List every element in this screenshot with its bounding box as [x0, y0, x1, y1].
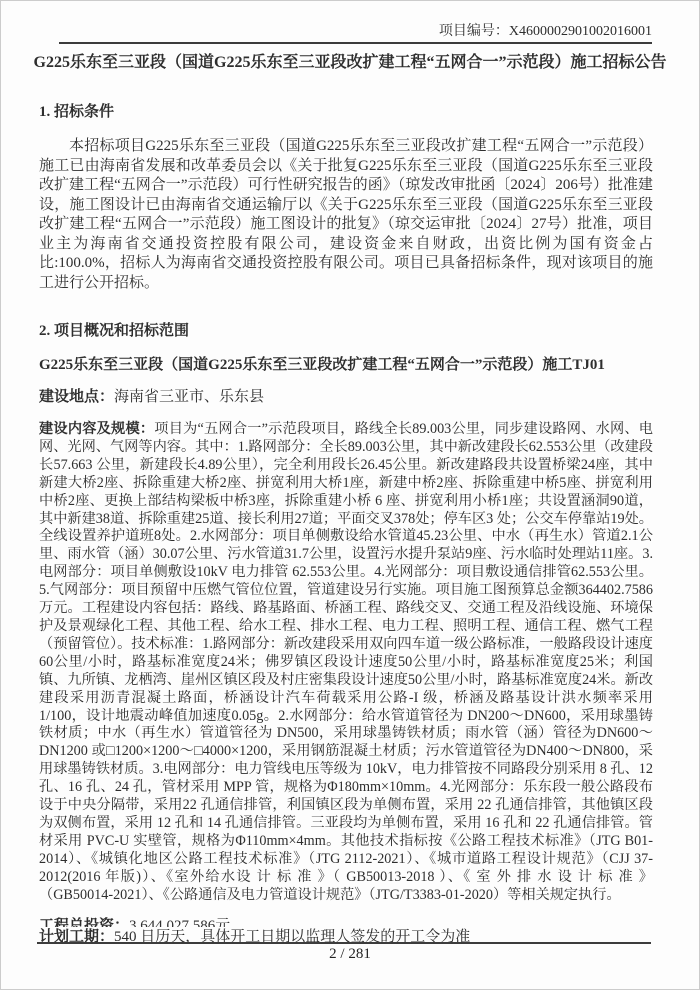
scope-paragraph: 建设内容及规模：项目为“五网合一”示范段项目，路线全长89.003公里，同步建设…: [39, 421, 653, 904]
footer-divider: [37, 942, 651, 944]
location-label: 建设地点：: [39, 389, 114, 405]
project-contract-subtitle: G225乐东至三亚段（国道G225乐东至三亚段改扩建工程“五网合一”示范段）施工…: [39, 355, 653, 375]
schedule-value: 540 日历天，具体开工日期以监理人签发的开工令为准: [114, 929, 470, 942]
schedule-line-clipped: 计划工期：540 日历天，具体开工日期以监理人签发的开工令为准: [39, 927, 653, 942]
section-1-heading: 1. 招标条件: [39, 102, 653, 122]
section-2-heading: 2. 项目概况和招标范围: [39, 321, 653, 341]
scope-label: 建设内容及规模：: [39, 421, 154, 437]
schedule-label: 计划工期：: [39, 929, 114, 942]
investment-value: 3,644,027,586元: [129, 918, 230, 927]
page-number: 2 / 281: [1, 945, 699, 964]
location-value: 海南省三亚市、乐东县: [114, 389, 264, 405]
project-number-label: 项目编号：: [439, 24, 509, 39]
page-content: 项目编号：X4600002901002016001 G225乐东至三亚段（国道G…: [1, 1, 699, 927]
project-number-value: X4600002901002016001: [509, 24, 652, 39]
document-page: 项目编号：X4600002901002016001 G225乐东至三亚段（国道G…: [0, 0, 700, 990]
scope-value: 项目为“五网合一”示范段项目，路线全长89.003公里，同步建设路网、水网、电网…: [39, 421, 653, 903]
document-header: 项目编号：X4600002901002016001: [59, 23, 652, 44]
investment-label: 工程总投资：: [39, 918, 129, 927]
investment-line: 工程总投资：3,644,027,586元: [39, 916, 653, 927]
document-title: G225乐东至三亚段（国道G225乐东至三亚段改扩建工程“五网合一”示范段）施工…: [31, 52, 669, 74]
location-line: 建设地点：海南省三亚市、乐东县: [39, 387, 653, 407]
bidding-conditions-paragraph: 本招标项目G225乐东至三亚段（国道G225乐东至三亚段改扩建工程“五网合一”示…: [39, 137, 653, 293]
